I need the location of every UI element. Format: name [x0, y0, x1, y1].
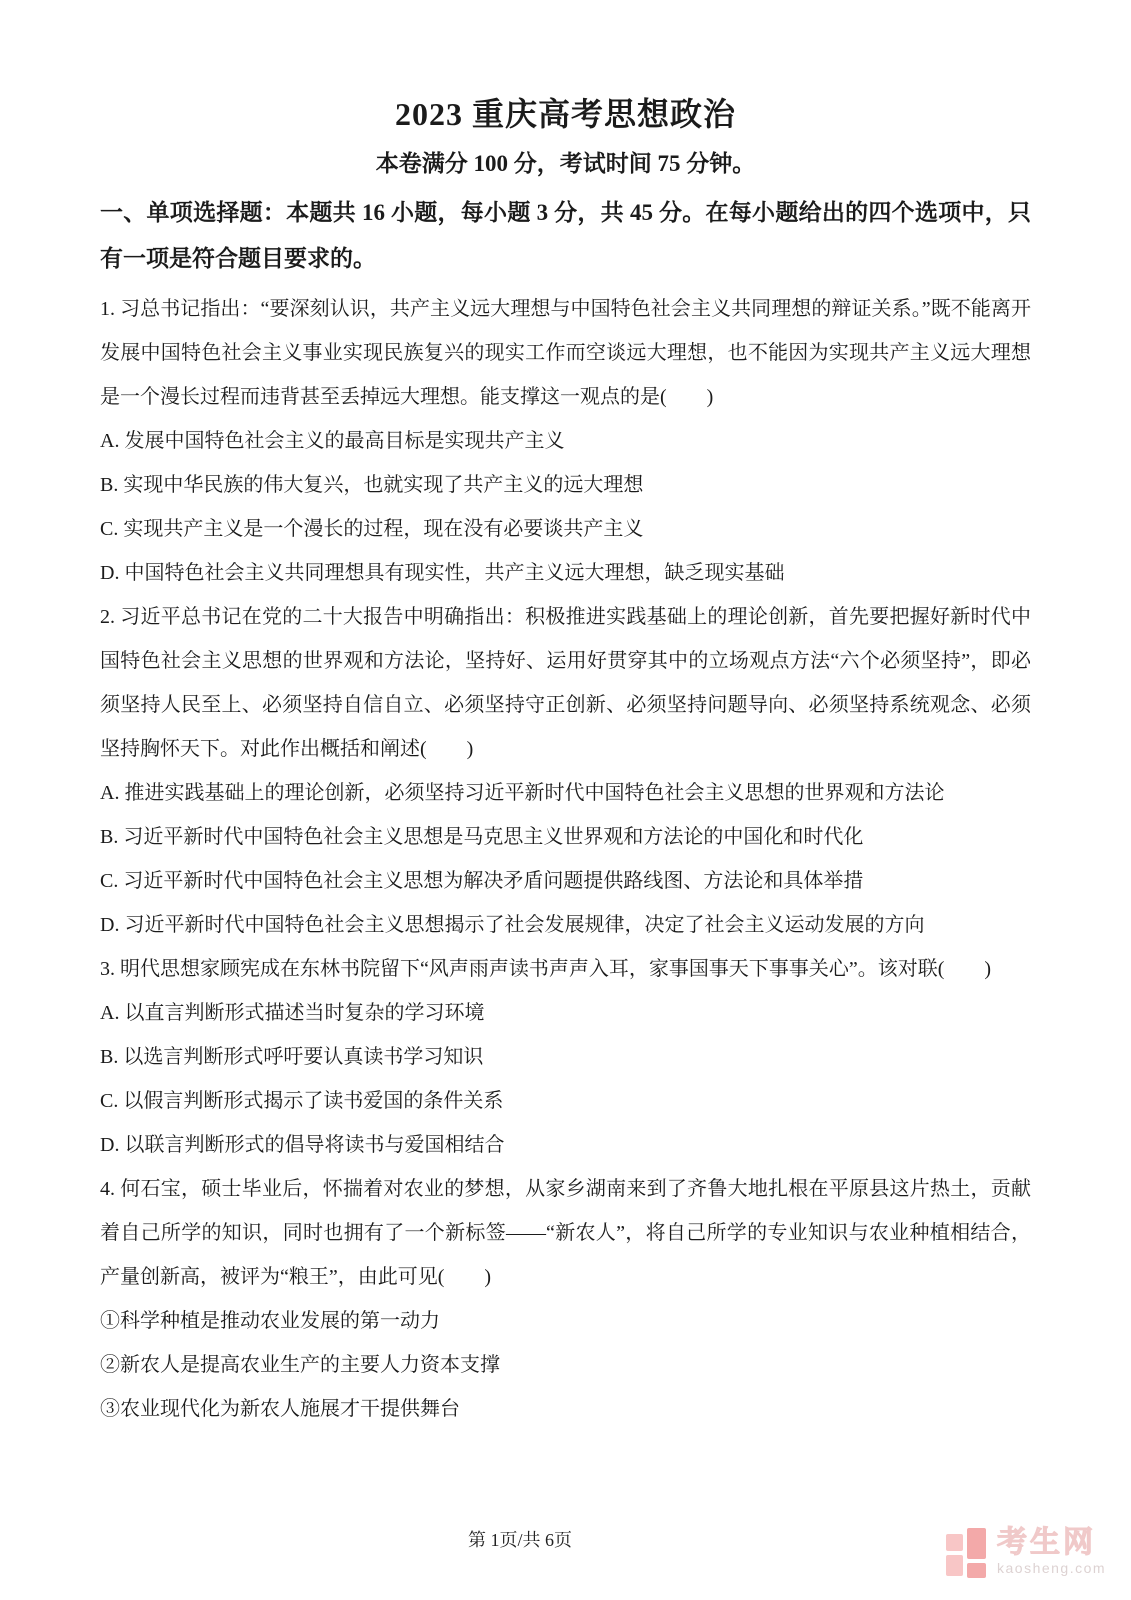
question-1-option-b: B. 实现中华民族的伟大复兴，也就实现了共产主义的远大理想 — [100, 463, 1031, 507]
page-number: 第 1页/共 6页 — [468, 1530, 572, 1550]
exam-title: 2023 重庆高考思想政治 — [100, 94, 1031, 134]
question-4-statement-1: ①科学种植是推动农业发展的第一动力 — [100, 1299, 1031, 1343]
exam-meta-line: 本卷满分 100 分，考试时间 75 分钟。 — [100, 148, 1031, 180]
question-4: 4. 何石宝，硕士毕业后，怀揣着对农业的梦想，从家乡湖南来到了齐鲁大地扎根在平原… — [100, 1167, 1031, 1431]
kaosheng-watermark: 考生网 kaosheng.com — [946, 1528, 1106, 1580]
watermark-text: 考生网 kaosheng.com — [997, 1528, 1106, 1575]
question-3-option-b: B. 以选言判断形式呼吁要认真读书学习知识 — [100, 1035, 1031, 1079]
question-1-option-d: D. 中国特色社会主义共同理想具有现实性，共产主义远大理想，缺乏现实基础 — [100, 551, 1031, 595]
question-1-option-c: C. 实现共产主义是一个漫长的过程，现在没有必要谈共产主义 — [100, 507, 1031, 551]
question-3-option-c: C. 以假言判断形式揭示了读书爱国的条件关系 — [100, 1079, 1031, 1123]
question-2-option-c: C. 习近平新时代中国特色社会主义思想为解决矛盾问题提供路线图、方法论和具体举措 — [100, 859, 1031, 903]
page-content: 2023 重庆高考思想政治 本卷满分 100 分，考试时间 75 分钟。 一、单… — [100, 0, 1031, 1431]
section-1-intro: 一、单项选择题：本题共 16 小题，每小题 3 分，共 45 分。在每小题给出的… — [100, 190, 1031, 282]
question-3-stem: 3. 明代思想家顾宪成在东林书院留下“风声雨声读书声声入耳，家事国事天下事事关心… — [100, 947, 1031, 991]
question-4-stem: 4. 何石宝，硕士毕业后，怀揣着对农业的梦想，从家乡湖南来到了齐鲁大地扎根在平原… — [100, 1167, 1031, 1299]
question-2-option-d: D. 习近平新时代中国特色社会主义思想揭示了社会发展规律，决定了社会主义运动发展… — [100, 903, 1031, 947]
exam-document-page: 2023 重庆高考思想政治 本卷满分 100 分，考试时间 75 分钟。 一、单… — [0, 0, 1131, 1600]
question-list: 1. 习总书记指出：“要深刻认识，共产主义远大理想与中国特色社会主义共同理想的辩… — [100, 287, 1031, 1431]
question-2-stem: 2. 习近平总书记在党的二十大报告中明确指出：积极推进实践基础上的理论创新，首先… — [100, 595, 1031, 771]
question-4-statement-2: ②新农人是提高农业生产的主要人力资本支撑 — [100, 1343, 1031, 1387]
question-1-stem: 1. 习总书记指出：“要深刻认识，共产主义远大理想与中国特色社会主义共同理想的辩… — [100, 287, 1031, 419]
watermark-site-domain: kaosheng.com — [997, 1561, 1106, 1575]
question-4-statement-3: ③农业现代化为新农人施展才干提供舞台 — [100, 1387, 1031, 1431]
question-1-option-a: A. 发展中国特色社会主义的最高目标是实现共产主义 — [100, 419, 1031, 463]
question-2-option-b: B. 习近平新时代中国特色社会主义思想是马克思主义世界观和方法论的中国化和时代化 — [100, 815, 1031, 859]
question-1: 1. 习总书记指出：“要深刻认识，共产主义远大理想与中国特色社会主义共同理想的辩… — [100, 287, 1031, 595]
question-3-option-a: A. 以直言判断形式描述当时复杂的学习环境 — [100, 991, 1031, 1035]
watermark-site-name: 考生网 — [997, 1528, 1106, 1558]
question-2: 2. 习近平总书记在党的二十大报告中明确指出：积极推进实践基础上的理论创新，首先… — [100, 595, 1031, 947]
kaosheng-logo-icon — [946, 1528, 988, 1580]
page-footer: 第 1页/共 6页 — [100, 1526, 940, 1552]
question-3-option-d: D. 以联言判断形式的倡导将读书与爱国相结合 — [100, 1123, 1031, 1167]
question-3: 3. 明代思想家顾宪成在东林书院留下“风声雨声读书声声入耳，家事国事天下事事关心… — [100, 947, 1031, 1167]
question-2-option-a: A. 推进实践基础上的理论创新，必须坚持习近平新时代中国特色社会主义思想的世界观… — [100, 771, 1031, 815]
